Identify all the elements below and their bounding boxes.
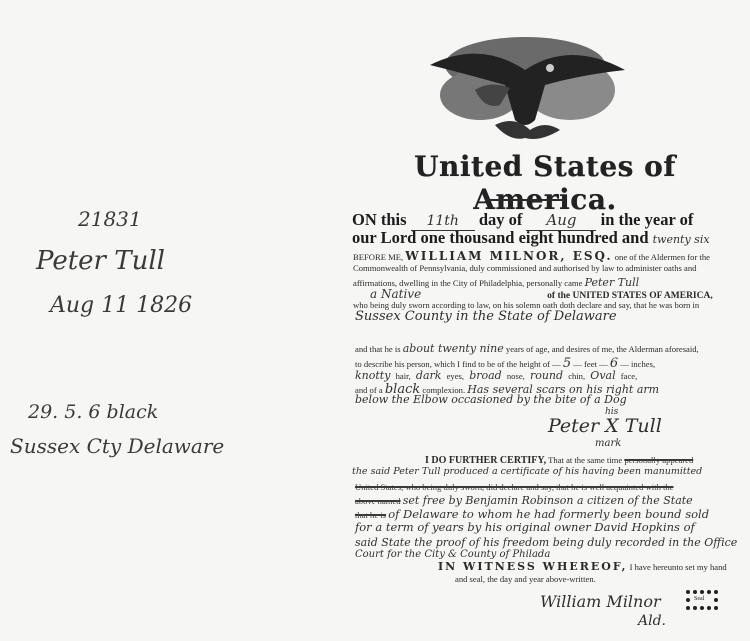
archive-date: Aug 11 1826 — [50, 293, 192, 318]
archive-number: 21831 — [78, 207, 142, 231]
recorded-line: said State the proof of his freedom bein… — [355, 536, 737, 549]
freed-by-line: above named set free by Benjamin Robinso… — [355, 494, 693, 507]
features-line: knotty hair, dark eyes, broad nose, roun… — [355, 369, 637, 382]
eagle-emblem-icon — [420, 30, 630, 150]
before-me-line: BEFORE ME, WILLIAM MILNOR, ESQ. one of t… — [353, 249, 710, 263]
witness-line: IN WITNESS WHEREOF, I have hereunto set … — [438, 560, 727, 573]
age-line: and that he is about twenty nine years o… — [355, 342, 699, 355]
witness-line-2: and seal, the day and year above-written… — [455, 574, 596, 584]
archive-origin: Sussex Cty Delaware — [10, 434, 224, 458]
birthplace: Sussex County in the State of Delaware — [355, 309, 617, 324]
seal-icon: Seal — [686, 590, 720, 612]
archive-name: Peter Tull — [36, 246, 165, 276]
bearer-signature: Peter X Tull — [548, 415, 662, 437]
official-title: Ald. — [638, 613, 666, 629]
further-certify-line: I DO FURTHER CERTIFY, That at the same t… — [425, 455, 693, 466]
bearer-mark: mark — [595, 438, 621, 449]
marks-continued: below the Elbow occasioned by the bite o… — [355, 393, 627, 406]
delaware-line: that he is of Delaware to whom he had fo… — [355, 507, 709, 521]
commonwealth-line: Commonwealth of Pennsylvania, duly commi… — [353, 263, 696, 273]
original-owner-line: for a term of years by his original owne… — [355, 520, 695, 534]
divider — [485, 199, 565, 201]
court-line: Court for the City & County of Philada — [355, 549, 550, 560]
certificate-heading: United States of America. — [350, 150, 740, 216]
manumission-line: the said Peter Tull produced a certifica… — [352, 466, 702, 477]
official-signature: William Milnor — [540, 592, 661, 611]
year-line: our Lord one thousand eight hundred and … — [352, 228, 710, 248]
native-line: a Native of the UNITED STATES OF AMERICA… — [370, 287, 713, 301]
struck-sworn-line: United States, who being duly sworn, did… — [355, 482, 674, 492]
archive-description: 29. 5. 6 black — [28, 401, 158, 423]
